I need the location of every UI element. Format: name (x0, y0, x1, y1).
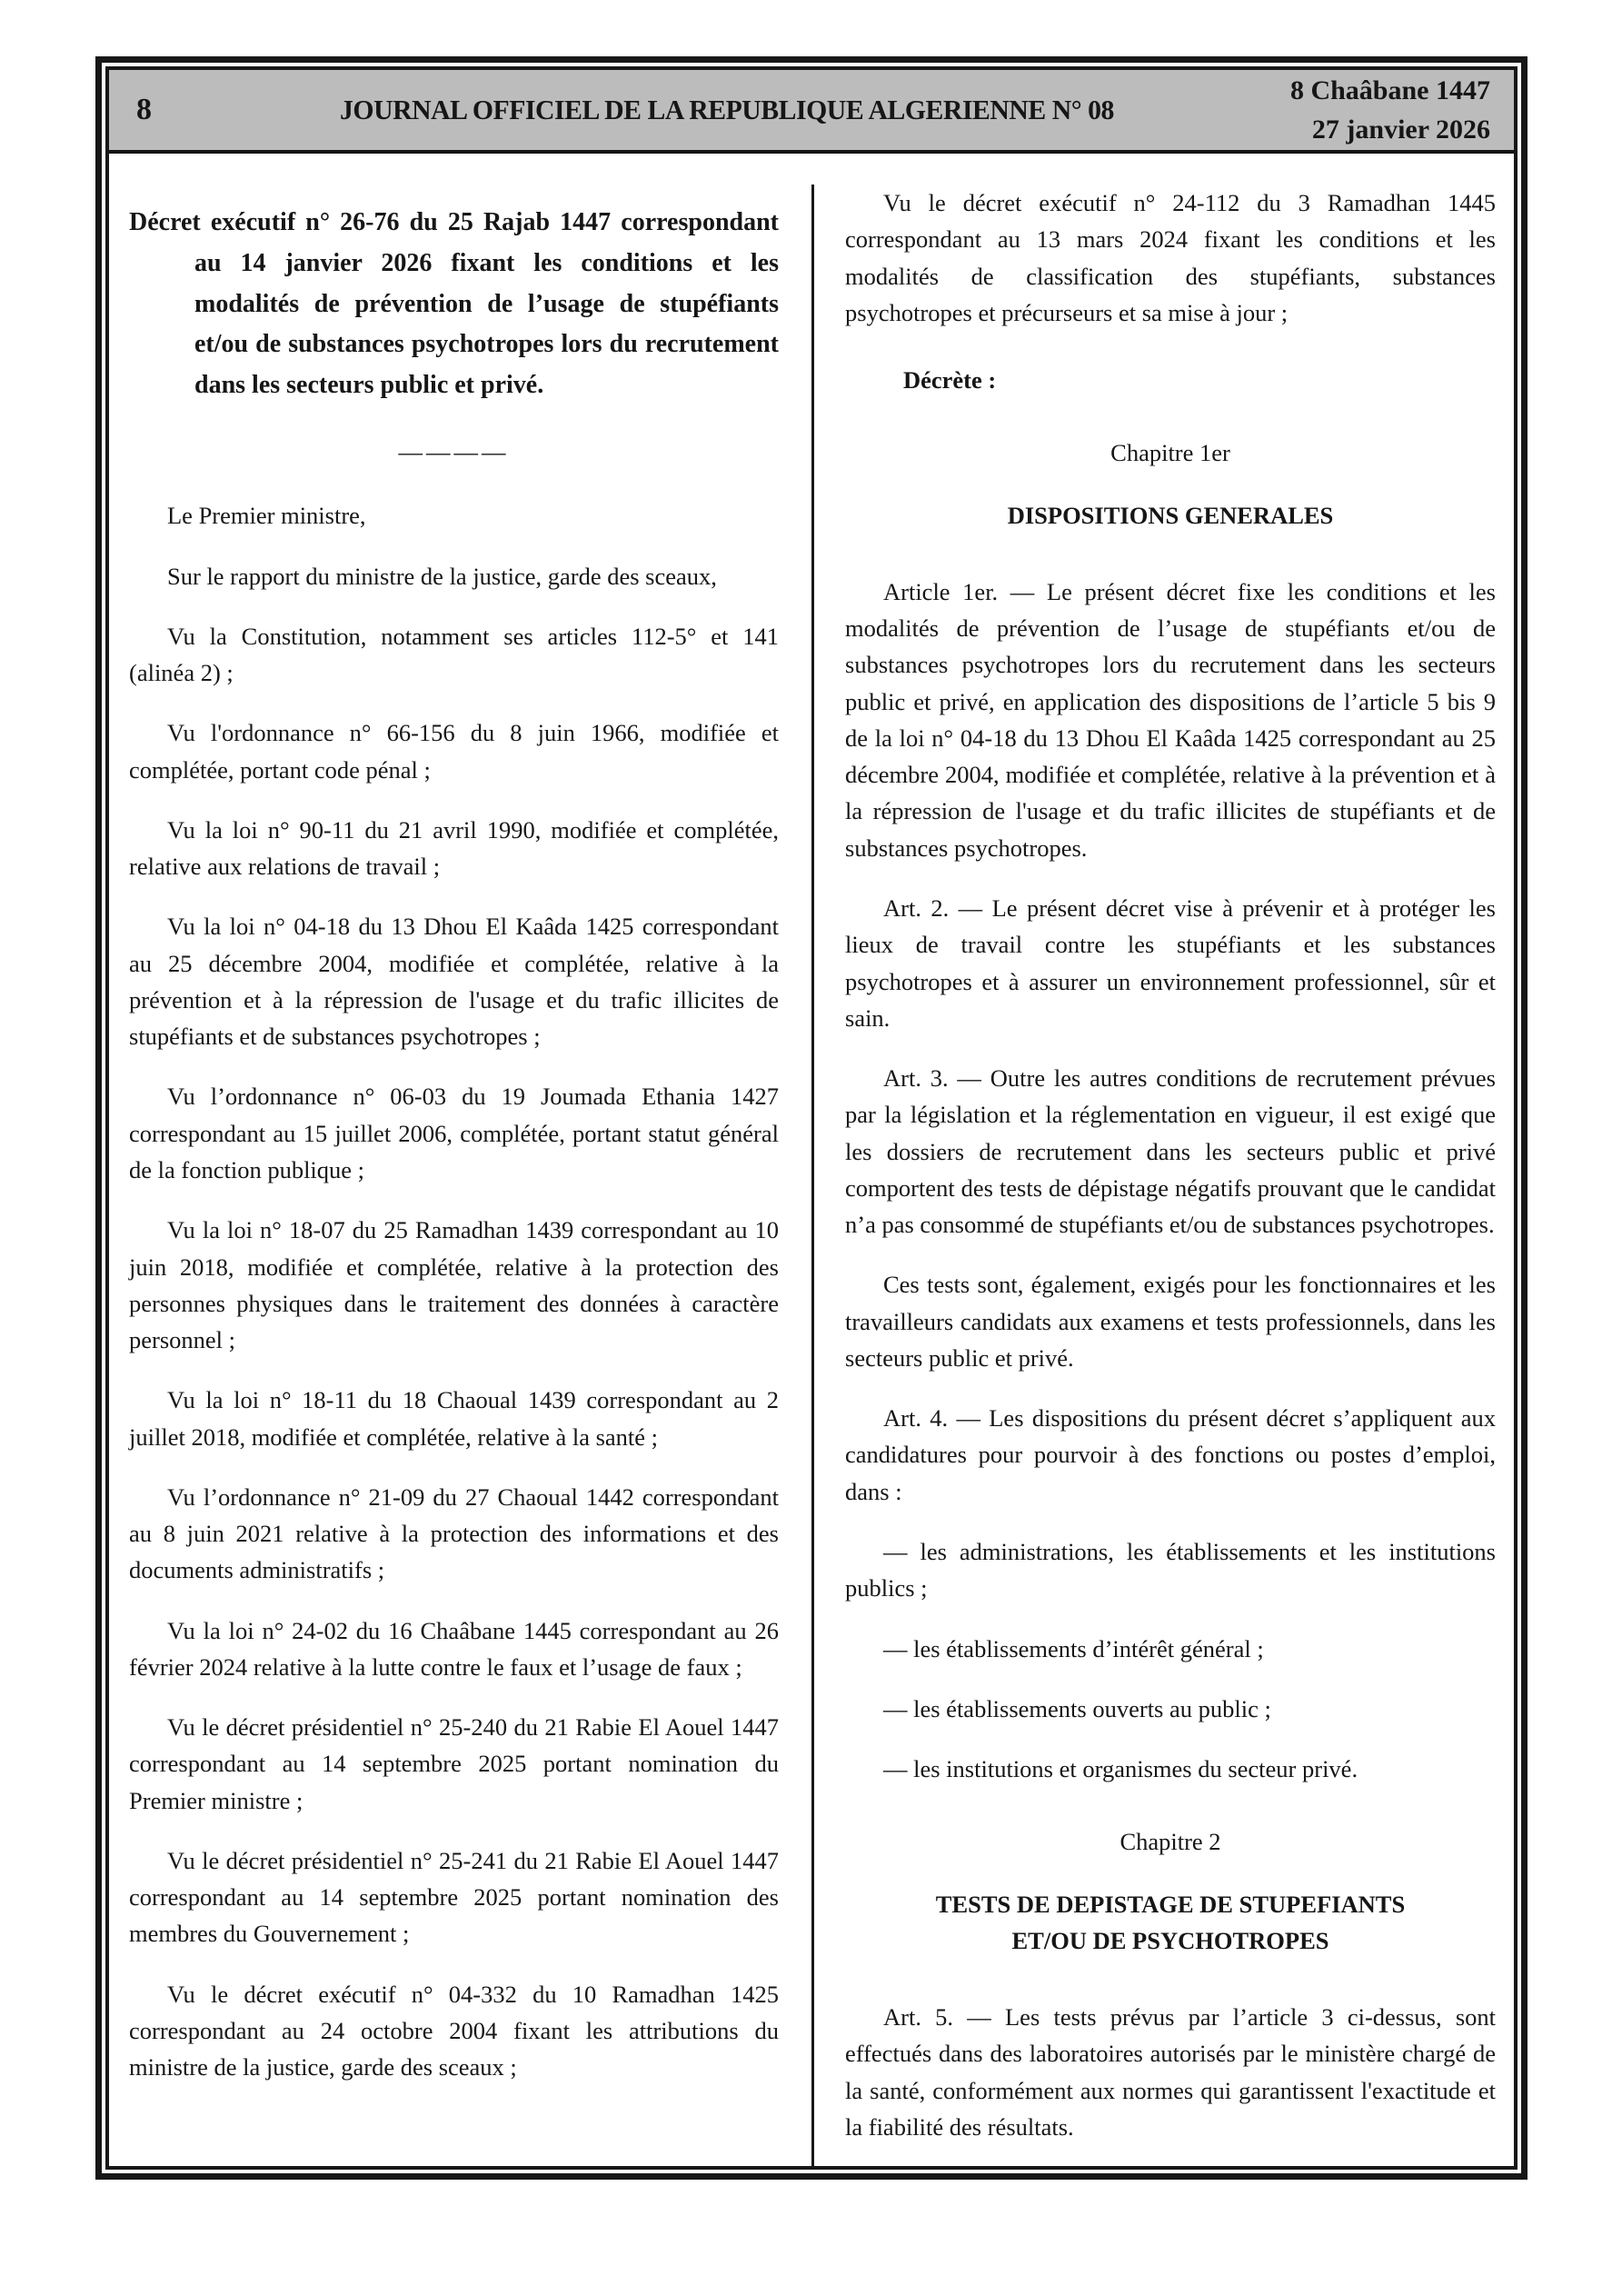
date-block: 8 Chaâbane 1447 27 janvier 2026 (1254, 71, 1490, 150)
paragraph: Art. 2. — Le présent décret vise à préve… (845, 890, 1496, 1036)
content-frame: 8 JOURNAL OFFICIEL DE LA REPUBLIQUE ALGE… (105, 66, 1518, 2170)
chapter-heading: Chapitre 2 (845, 1823, 1496, 1860)
list-item: — les établissements ouverts au public ; (845, 1691, 1496, 1727)
paragraph: Vu la loi n° 18-07 du 25 Ramadhan 1439 c… (129, 1212, 779, 1358)
list-item: — les établissements d’intérêt général ; (845, 1631, 1496, 1667)
list-item: — les institutions et organismes du sect… (845, 1751, 1496, 1787)
paragraph: Vu la loi n° 04-18 du 13 Dhou El Kaâda 1… (129, 908, 779, 1054)
chapter-title: DISPOSITIONS GENERALES (845, 497, 1496, 534)
paragraph: Ces tests sont, également, exigés pour l… (845, 1266, 1496, 1376)
paragraph: Vu l’ordonnance n° 06-03 du 19 Joumada E… (129, 1078, 779, 1188)
paragraph: Art. 5. — Les tests prévus par l’article… (845, 1999, 1496, 2145)
paragraph: Vu l’ordonnance n° 21-09 du 27 Chaoual 1… (129, 1479, 779, 1589)
paragraph: Le Premier ministre, (129, 497, 779, 534)
journal-page: 8 JOURNAL OFFICIEL DE LA REPUBLIQUE ALGE… (0, 0, 1622, 2296)
decrete-label: Décrète : (845, 362, 1496, 398)
paragraph: Vu le décret présidentiel n° 25-240 du 2… (129, 1709, 779, 1819)
separator: ———— (129, 434, 779, 470)
paragraph: Art. 3. — Outre les autres conditions de… (845, 1060, 1496, 1243)
right-column: Vu le décret exécutif n° 24-112 du 3 Ram… (811, 185, 1514, 2169)
list-item: — les administrations, les établissement… (845, 1533, 1496, 1607)
journal-title: JOURNAL OFFICIEL DE LA REPUBLIQUE ALGERI… (221, 94, 1233, 126)
paragraph: Vu la loi n° 90-11 du 21 avril 1990, mod… (129, 812, 779, 885)
paragraph: Art. 4. — Les dispositions du présent dé… (845, 1400, 1496, 1510)
paragraph: Vu la loi n° 18-11 du 18 Chaoual 1439 co… (129, 1382, 779, 1455)
left-column: Décret exécutif n° 26-76 du 25 Rajab 144… (109, 185, 811, 2169)
date-hijri: 8 Chaâbane 1447 (1254, 71, 1490, 111)
paragraph: Sur le rapport du ministre de la justice… (129, 558, 779, 594)
masthead: 8 JOURNAL OFFICIEL DE LA REPUBLIQUE ALGE… (109, 70, 1514, 154)
chapter-title: TESTS DE DEPISTAGE DE STUPEFIANTS ET/OU … (845, 1886, 1496, 1960)
date-gregorian: 27 janvier 2026 (1254, 110, 1490, 150)
text-columns: Décret exécutif n° 26-76 du 25 Rajab 144… (109, 185, 1514, 2169)
paragraph: Vu le décret exécutif n° 04-332 du 10 Ra… (129, 1976, 779, 2086)
page-frame: 8 JOURNAL OFFICIEL DE LA REPUBLIQUE ALGE… (95, 56, 1527, 2180)
decree-title: Décret exécutif n° 26-76 du 25 Rajab 144… (129, 203, 779, 406)
paragraph: Article 1er. — Le présent décret fixe le… (845, 574, 1496, 866)
paragraph: Vu le décret présidentiel n° 25-241 du 2… (129, 1842, 779, 1952)
chapter-heading: Chapitre 1er (845, 434, 1496, 471)
page-number: 8 (136, 93, 200, 127)
paragraph: Vu le décret exécutif n° 24-112 du 3 Ram… (845, 185, 1496, 331)
paragraph: Vu la loi n° 24-02 du 16 Chaâbane 1445 c… (129, 1612, 779, 1686)
paragraph: Vu la Constitution, notamment ses articl… (129, 618, 779, 692)
paragraph: Vu l'ordonnance n° 66-156 du 8 juin 1966… (129, 714, 779, 788)
